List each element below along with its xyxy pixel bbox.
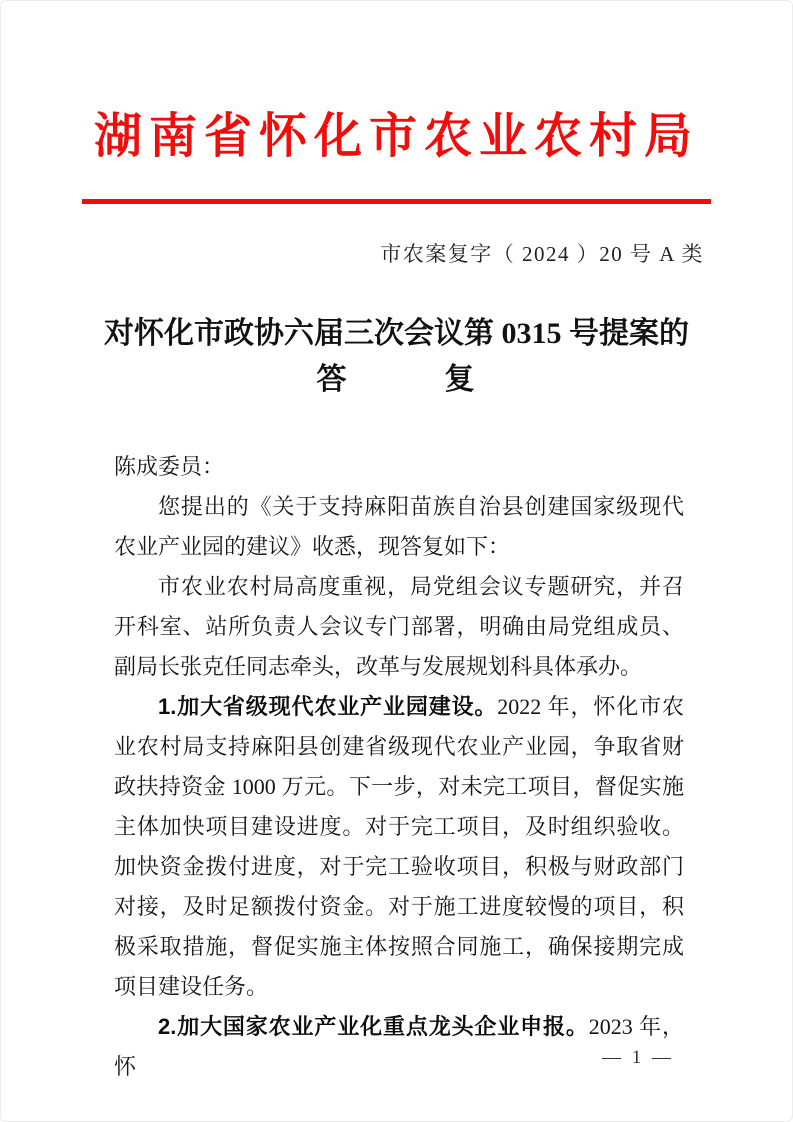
paragraph-text: 您提出的《关于支持麻阳苗族自治县创建国家级现代农业产业园的建议》收悉，现答复如下… <box>114 494 684 559</box>
paragraph: 2.加大国家农业产业化重点龙头企业申报。2023 年，怀 <box>114 1007 684 1087</box>
document-title-line1: 对怀化市政协六届三次会议第 0315 号提案的 <box>1 311 792 357</box>
paragraph-bold-lead: 2.加大国家农业产业化重点龙头企业申报。 <box>158 1014 589 1039</box>
document-title: 对怀化市政协六届三次会议第 0315 号提案的 答 复 <box>1 311 792 403</box>
paragraph-bold-lead: 1.加大省级现代农业产业园建设。 <box>158 694 497 719</box>
paragraph-text: 2022 年，怀化市农业农村局支持麻阳县创建省级现代农业产业园，争取省财政扶持资… <box>114 694 684 999</box>
document-body: 陈成委员： 您提出的《关于支持麻阳苗族自治县创建国家级现代农业产业园的建议》收悉… <box>114 447 684 1087</box>
paragraph: 您提出的《关于支持麻阳苗族自治县创建国家级现代农业产业园的建议》收悉，现答复如下… <box>114 487 684 567</box>
document-reference-number: 市农案复字（ 2024 ）20 号 A 类 <box>1 241 792 267</box>
paragraph: 市农业农村局高度重视，局党组会议专题研究，并召开科室、站所负责人会议专门部署，明… <box>114 567 684 687</box>
paragraph-text: 市农业农村局高度重视，局党组会议专题研究，并召开科室、站所负责人会议专门部署，明… <box>114 574 684 679</box>
official-document-page: 湖南省怀化市农业农村局 市农案复字（ 2024 ）20 号 A 类 对怀化市政协… <box>0 0 793 1122</box>
page-number: — 1 — <box>602 1047 674 1069</box>
paragraph: 1.加大省级现代农业产业园建设。2022 年，怀化市农业农村局支持麻阳县创建省级… <box>114 687 684 1007</box>
letterhead-divider-rule <box>82 199 711 204</box>
document-title-line2: 答 复 <box>1 357 792 403</box>
agency-letterhead: 湖南省怀化市农业农村局 <box>1 107 792 167</box>
salutation: 陈成委员： <box>114 447 684 487</box>
